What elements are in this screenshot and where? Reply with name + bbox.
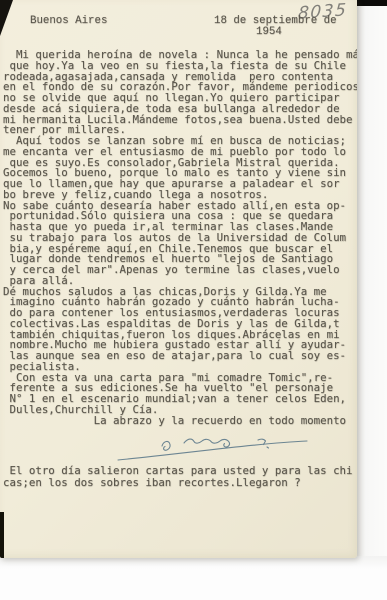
scan-background-bottom: [0, 556, 387, 600]
letter-postscript: El otro día salieron cartas para usted y…: [3, 465, 353, 488]
signature-scrawl: [184, 439, 230, 447]
scan-background-right: [352, 0, 387, 600]
scan-edge-dark-top: [353, 0, 387, 6]
signature-flick: [258, 439, 266, 444]
scan-edge-dark-left: [0, 512, 4, 558]
letter-paper: 8035 Buenos Aires 18 de septiembre de 19…: [0, 0, 357, 558]
scanned-letter: 8035 Buenos Aires 18 de septiembre de 19…: [0, 0, 387, 600]
signature-dot: [267, 447, 269, 448]
letter-city: Buenos Aires: [30, 16, 107, 27]
letter-year: 1954: [256, 27, 282, 38]
letter-body: Mi querida heroína de novela : Nunca la …: [3, 50, 357, 426]
paper-corner-fold: [0, 0, 13, 36]
signature-initial: [162, 441, 170, 450]
signature-underline: [118, 441, 307, 460]
